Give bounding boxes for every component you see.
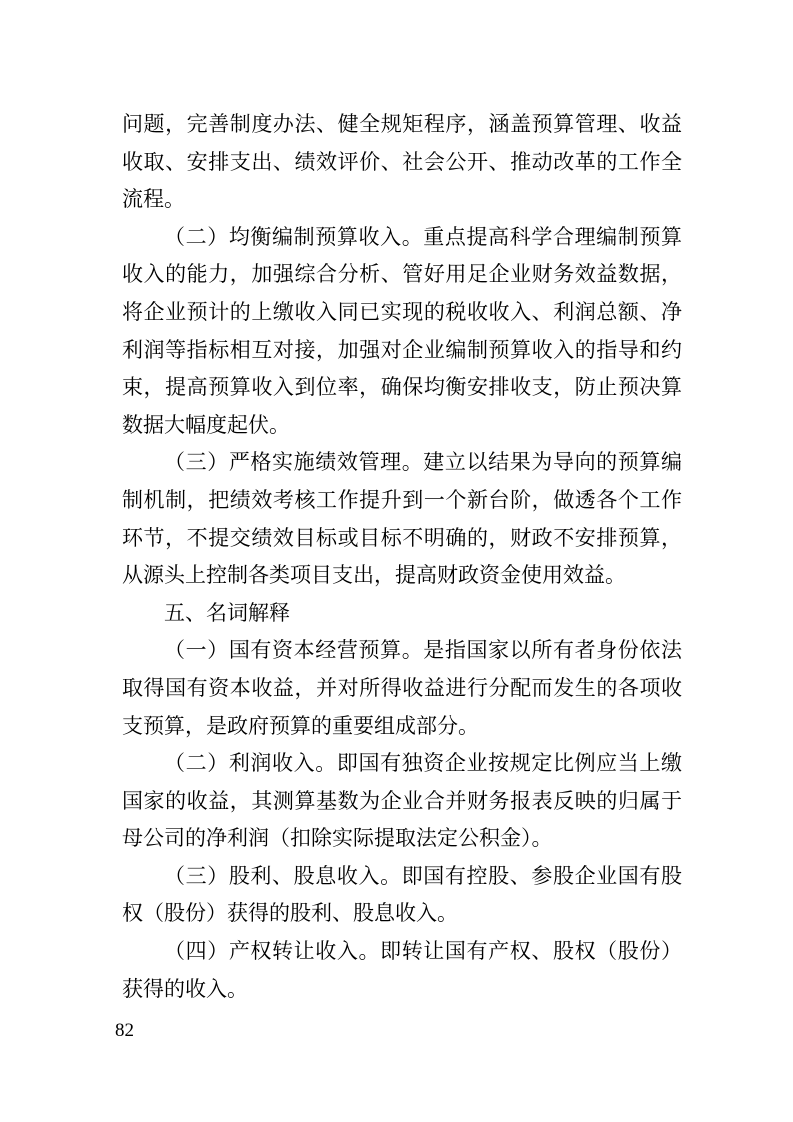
text-line-10: （三）严格实施绩效管理。建立以结果为导向的预算编 [122, 444, 682, 482]
text-line-4: （二）均衡编制预算收入。重点提高科学合理编制预算 [122, 219, 682, 257]
document-body: 问题，完善制度办法、健全规矩程序，涵盖预算管理、收益 收取、安排支出、绩效评价、… [122, 106, 682, 1008]
text-line-9: 数据大幅度起伏。 [122, 407, 682, 445]
text-line-2: 收取、安排支出、绩效评价、社会公开、推动改革的工作全 [122, 144, 682, 182]
text-line-18: （二）利润收入。即国有独资企业按规定比例应当上缴 [122, 745, 682, 783]
text-line-5: 收入的能力，加强综合分析、管好用足企业财务效益数据， [122, 256, 682, 294]
text-line-6: 将企业预计的上缴收入同已实现的税收收入、利润总额、净 [122, 294, 682, 332]
text-line-23: （四）产权转让收入。即转让国有产权、股权（股份） [122, 933, 682, 971]
page-number: 82 [115, 1020, 134, 1041]
text-line-22: 权（股份）获得的股利、股息收入。 [122, 895, 682, 933]
text-line-16: 取得国有资本收益，并对所得收益进行分配而发生的各项收 [122, 670, 682, 708]
text-line-24: 获得的收入。 [122, 971, 682, 1009]
text-line-1: 问题，完善制度办法、健全规矩程序，涵盖预算管理、收益 [122, 106, 682, 144]
text-line-15: （一）国有资本经营预算。是指国家以所有者身份依法 [122, 632, 682, 670]
text-line-3: 流程。 [122, 181, 682, 219]
text-line-11: 制机制，把绩效考核工作提升到一个新台阶，做透各个工作 [122, 482, 682, 520]
text-line-7: 利润等指标相互对接，加强对企业编制预算收入的指导和约 [122, 332, 682, 370]
document-page: 问题，完善制度办法、健全规矩程序，涵盖预算管理、收益 收取、安排支出、绩效评价、… [0, 0, 793, 1122]
text-line-13: 从源头上控制各类项目支出，提高财政资金使用效益。 [122, 557, 682, 595]
text-line-17: 支预算，是政府预算的重要组成部分。 [122, 708, 682, 746]
text-line-19: 国家的收益，其测算基数为企业合并财务报表反映的归属于 [122, 783, 682, 821]
section-heading-glossary: 五、名词解释 [122, 595, 682, 633]
text-line-20: 母公司的净利润（扣除实际提取法定公积金）。 [122, 820, 682, 858]
page-footer: 82 [115, 1020, 682, 1042]
text-line-21: （三）股利、股息收入。即国有控股、参股企业国有股 [122, 858, 682, 896]
text-line-12: 环节，不提交绩效目标或目标不明确的，财政不安排预算， [122, 520, 682, 558]
text-line-8: 束，提高预算收入到位率，确保均衡安排收支，防止预决算 [122, 369, 682, 407]
